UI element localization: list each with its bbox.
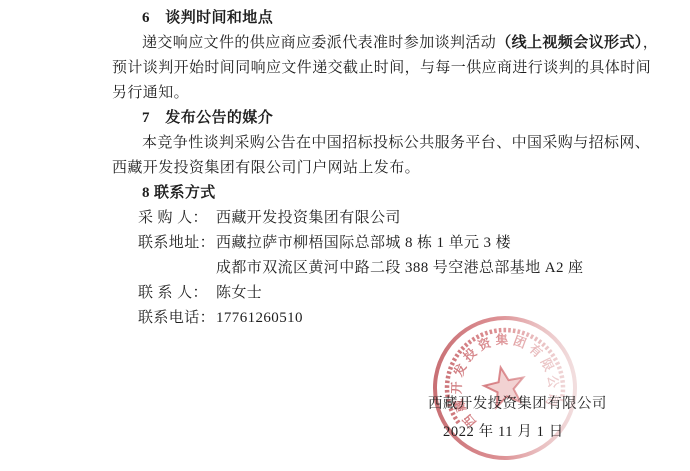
seal-border-circle bbox=[425, 308, 585, 468]
contact-value: 成都市双流区黄河中路二段 388 号空港总部基地 A2 座 bbox=[216, 260, 583, 276]
paragraph-text: 预计谈判开始时间同响应文件递交截止时间，与每一供应商进行谈判的具体时间 bbox=[112, 60, 651, 76]
contact-row: 成都市双流区黄河中路二段 388 号空港总部基地 A2 座 bbox=[112, 256, 668, 281]
contact-label: 联系地址： bbox=[138, 231, 216, 256]
contact-value: 西藏拉萨市柳梧国际总部城 8 栋 1 单元 3 楼 bbox=[216, 235, 511, 251]
section-heading: 6 谈判时间和地点 bbox=[112, 6, 668, 31]
paragraph-text: 本竞争性谈判采购公告在中国招标投标公共服务平台、中国采购与招标网、 bbox=[142, 135, 650, 151]
paragraph-line: 预计谈判开始时间同响应文件递交截止时间，与每一供应商进行谈判的具体时间 bbox=[112, 56, 668, 81]
contact-row: 联系地址：西藏拉萨市柳梧国际总部城 8 栋 1 单元 3 楼 bbox=[112, 231, 668, 256]
paragraph-line: 西藏开发投资集团有限公司门户网站上发布。 bbox=[112, 156, 668, 181]
paragraph-text: 另行通知。 bbox=[112, 85, 189, 101]
contact-row: 联 系 人：陈女士 bbox=[112, 281, 668, 306]
contact-label: 联 系 人： bbox=[138, 281, 216, 306]
company-seal: 西藏开发投资集团有限公司 bbox=[425, 308, 585, 468]
document-page: 西藏开发投资集团有限公司 6 谈判时间和地点递交响应文件的供应商应委派代表准时参… bbox=[0, 0, 690, 471]
contact-label: 联系电话： bbox=[138, 306, 216, 331]
paragraph-line: 另行通知。 bbox=[112, 81, 668, 106]
paragraph-line: 本竞争性谈判采购公告在中国招标投标公共服务平台、中国采购与招标网、 bbox=[112, 131, 668, 156]
paragraph-text: 西藏开发投资集团有限公司门户网站上发布。 bbox=[112, 160, 420, 176]
contact-value: 西藏开发投资集团有限公司 bbox=[216, 210, 401, 226]
paragraph-text-bold: （线上视频会议形式） bbox=[496, 35, 643, 51]
contact-label: 采 购 人： bbox=[138, 206, 216, 231]
paragraph-text: 递交响应文件的供应商应委派代表准时参加谈判活动 bbox=[142, 35, 496, 51]
contact-value: 17761260510 bbox=[216, 310, 303, 326]
signature-company: 西藏开发投资集团有限公司 bbox=[428, 392, 607, 413]
contact-row: 采 购 人：西藏开发投资集团有限公司 bbox=[112, 206, 668, 231]
seal-arc-text: 西藏开发投资集团有限公司 bbox=[438, 321, 567, 433]
document-body: 6 谈判时间和地点递交响应文件的供应商应委派代表准时参加谈判活动（线上视频会议形… bbox=[112, 6, 668, 331]
paragraph-line: 递交响应文件的供应商应委派代表准时参加谈判活动（线上视频会议形式）， bbox=[112, 31, 668, 56]
signature-date: 2022 年 11 月 1 日 bbox=[443, 420, 564, 441]
section-heading: 7 发布公告的媒介 bbox=[112, 106, 668, 131]
contact-value: 陈女士 bbox=[216, 285, 262, 301]
section-heading: 8 联系方式 bbox=[112, 181, 668, 206]
paragraph-text: ， bbox=[643, 35, 658, 51]
contact-row: 联系电话：17761260510 bbox=[112, 306, 668, 331]
company-seal-graphic: 西藏开发投资集团有限公司 bbox=[425, 308, 585, 468]
